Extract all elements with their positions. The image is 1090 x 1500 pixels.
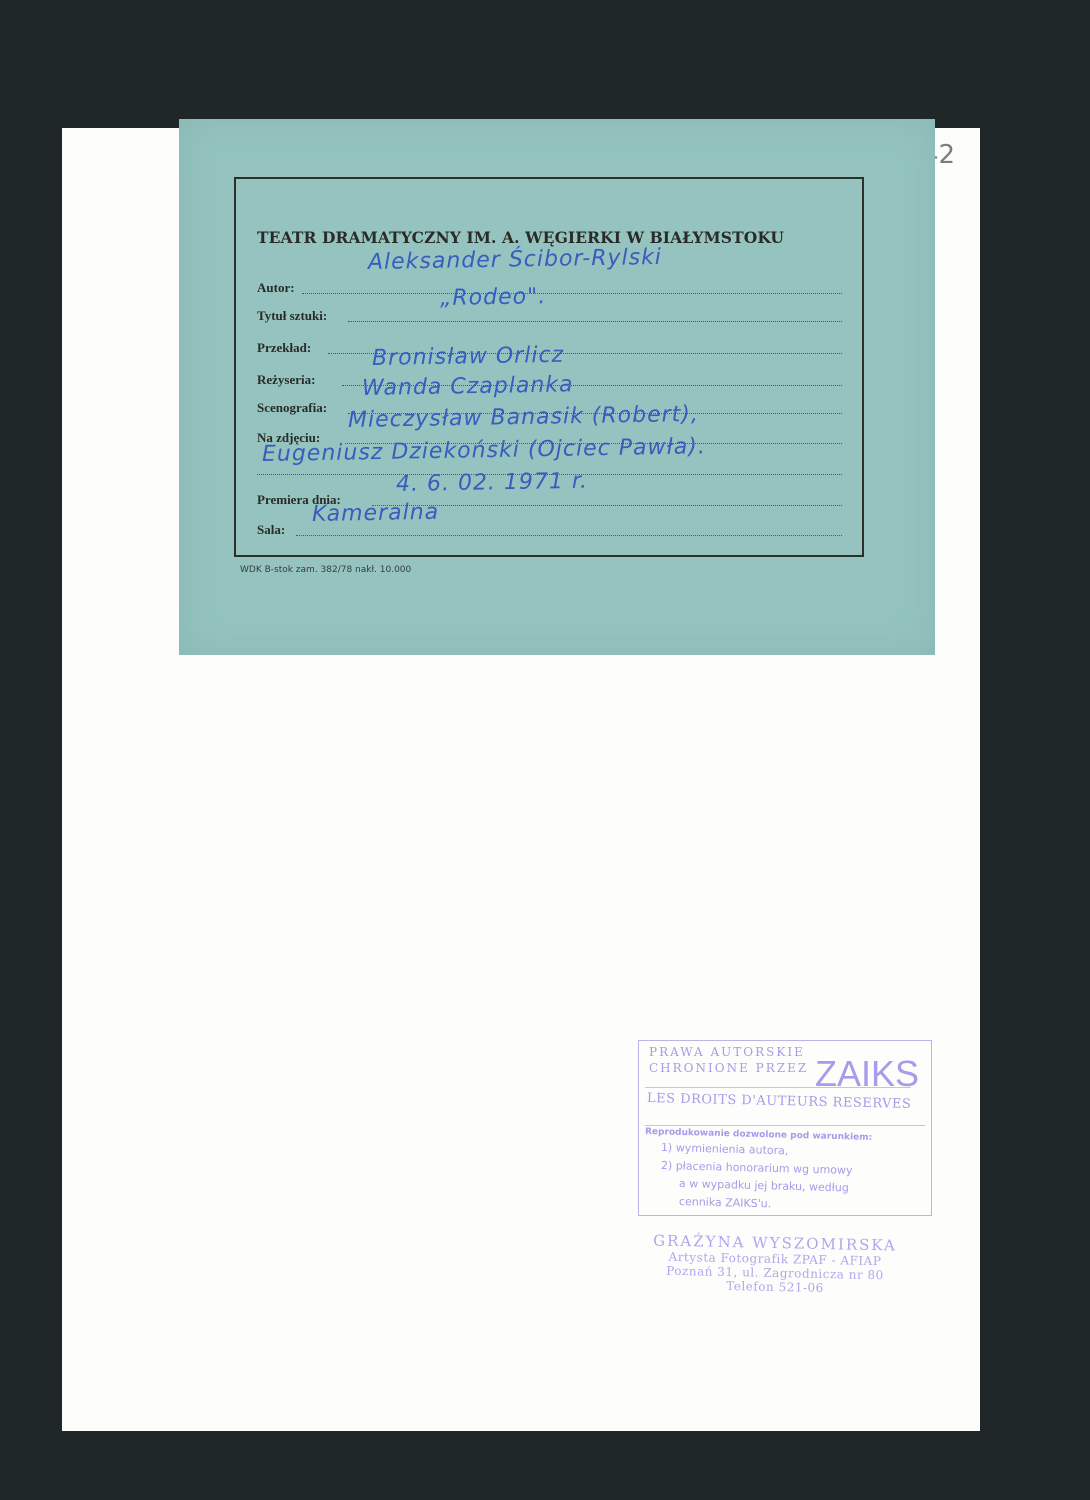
- field-value-set-design: Wanda Czaplanka: [362, 372, 574, 401]
- stamp-item: cennika ZAIKS'u.: [679, 1195, 772, 1210]
- stamp-item: 1) wymienienia autora,: [661, 1141, 789, 1157]
- field-label-title: Tytuł sztuki:: [257, 308, 327, 324]
- stamp-divider: [645, 1125, 925, 1126]
- dotted-line: [302, 293, 842, 294]
- field-label-hall: Sala:: [257, 522, 285, 538]
- field-value-premiere-date: 4. 6. 02. 1971 r.: [396, 469, 588, 497]
- stamp-brand: ZAIKS: [815, 1053, 919, 1095]
- dotted-line: [348, 321, 842, 322]
- dotted-line: [372, 505, 842, 506]
- stamp-line-1: PRAWA AUTORSKIE: [649, 1045, 805, 1059]
- stamp-line-2: CHRONIONE PRZEZ: [649, 1061, 808, 1075]
- stamp-item: 2) płacenia honorarium wg umowy: [661, 1159, 853, 1177]
- field-value-director: Bronisław Orlicz: [372, 343, 565, 371]
- print-note: WDK B-stok zam. 382/78 nakł. 10.000: [240, 565, 411, 575]
- stamp-divider: [645, 1087, 911, 1088]
- field-value-author: Aleksander Ścibor-Rylski: [368, 245, 662, 275]
- field-label-director: Reżyseria:: [257, 372, 315, 388]
- dotted-line: [296, 535, 842, 536]
- field-value-hall: Kameralna: [312, 500, 440, 527]
- field-label-set-design: Scenografia:: [257, 400, 327, 416]
- stamp-item: a w wypadku jej braku, według: [679, 1177, 849, 1194]
- copyright-stamp: PRAWA AUTORSKIE CHRONIONE PRZEZ ZAIKS LE…: [638, 1040, 932, 1216]
- field-value-title: „Rodeo".: [440, 284, 547, 311]
- card-title: TEATR DRAMATYCZNY IM. A. WĘGIERKI W BIAŁ…: [257, 228, 784, 247]
- field-label-translation: Przekład:: [257, 340, 311, 356]
- field-label-author: Autor:: [257, 280, 295, 296]
- photographer-stamp: GRAŻYNA WYSZOMIRSKA Artysta Fotografik Z…: [610, 1234, 940, 1294]
